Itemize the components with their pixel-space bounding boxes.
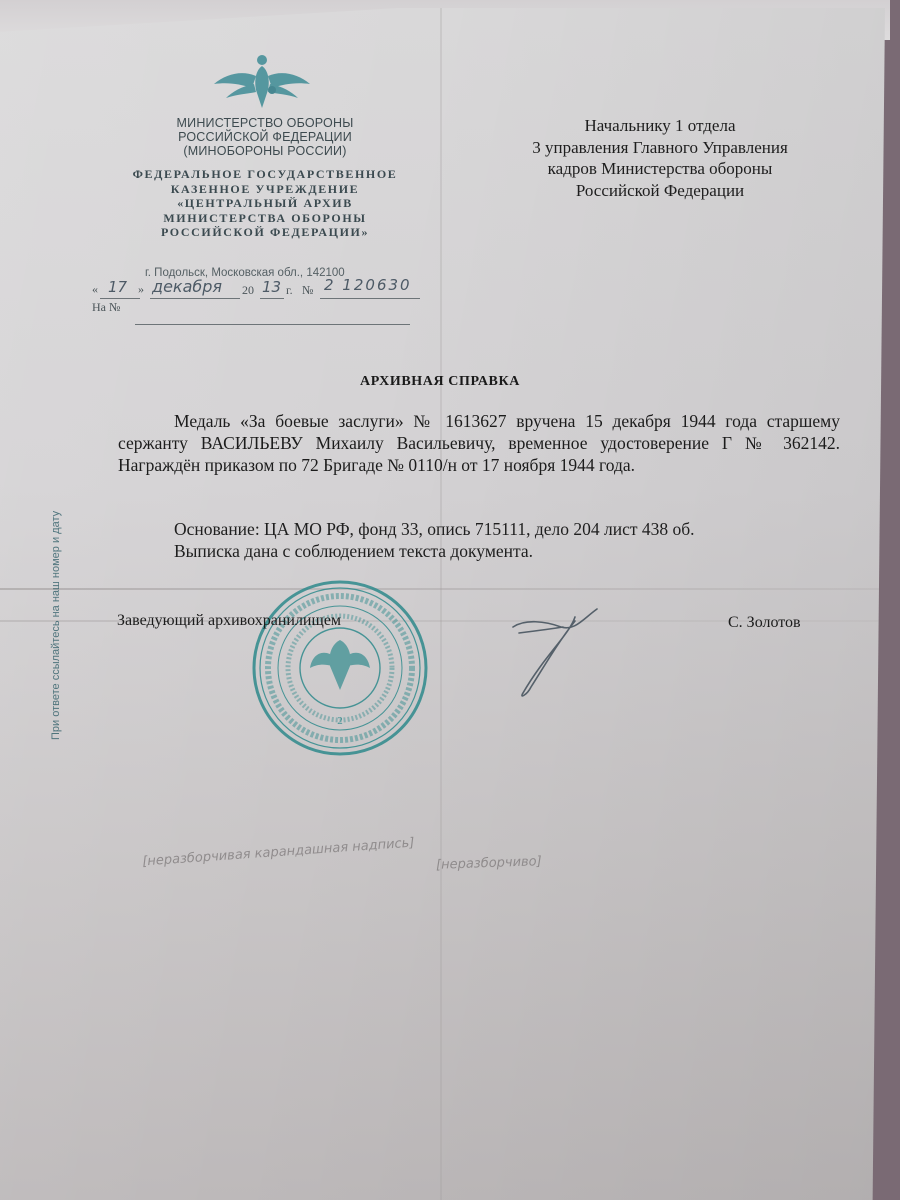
reference-underline bbox=[135, 324, 410, 325]
double-headed-eagle-emblem-icon bbox=[212, 52, 312, 116]
addressee-line: Начальнику 1 отдела bbox=[490, 115, 830, 137]
margin-note: При ответе ссылайтесь на наш номер и дат… bbox=[50, 511, 62, 740]
document-title: АРХИВНАЯ СПРАВКА bbox=[360, 374, 520, 390]
addressee-line: кадров Министерства обороны bbox=[490, 158, 830, 180]
institution-line: РОССИЙСКОЙ ФЕДЕРАЦИИ» bbox=[110, 225, 420, 240]
date-month: декабря bbox=[152, 277, 222, 296]
certificate-paragraph: Медаль «За боевые заслуги» № 1613627 вру… bbox=[118, 410, 840, 476]
handwritten-signature-icon bbox=[505, 605, 605, 700]
outgoing-number: 2 120630 bbox=[324, 276, 412, 294]
addressee-line: 3 управления Главного Управления bbox=[490, 137, 830, 159]
signatory-position: Заведующий архивохранилищем bbox=[117, 612, 341, 630]
addressee-line: Российской Федерации bbox=[490, 180, 830, 202]
document-date-line: « 17 » декабря 20 13 г. № 2 120630 bbox=[92, 280, 432, 302]
reference-label: На № bbox=[92, 300, 120, 314]
date-year-suffix: 13 bbox=[262, 278, 281, 296]
ministry-header: МИНИСТЕРСТВО ОБОРОНЫ РОССИЙСКОЙ ФЕДЕРАЦИ… bbox=[130, 116, 400, 158]
date-year-prefix: 20 bbox=[242, 283, 254, 298]
institution-line: КАЗЕННОЕ УЧРЕЖДЕНИЕ bbox=[110, 182, 420, 197]
date-day: 17 bbox=[108, 278, 127, 296]
round-official-seal-icon: 2 bbox=[250, 578, 430, 758]
fold-line bbox=[0, 588, 885, 590]
date-close-quote: » bbox=[138, 282, 144, 297]
institution-line: МИНИСТЕРСТВА ОБОРОНЫ bbox=[110, 211, 420, 226]
certificate-body: Медаль «За боевые заслуги» № 1613627 вру… bbox=[118, 410, 840, 476]
institution-line: «ЦЕНТРАЛЬНЫЙ АРХИВ bbox=[110, 196, 420, 211]
fold-line bbox=[440, 8, 442, 1200]
institution-header: ФЕДЕРАЛЬНОЕ ГОСУДАРСТВЕННОЕ КАЗЕННОЕ УЧР… bbox=[110, 167, 420, 240]
date-year-label: г. bbox=[286, 283, 293, 298]
reference-line: На № bbox=[92, 300, 120, 315]
ministry-line: (МИНОБОРОНЫ РОССИИ) bbox=[130, 144, 400, 158]
ministry-line: РОССИЙСКОЙ ФЕДЕРАЦИИ bbox=[130, 130, 400, 144]
date-open-quote: « bbox=[92, 282, 98, 297]
basis-line: Основание: ЦА МО РФ, фонд 33, опись 7151… bbox=[174, 518, 854, 540]
stamp-center-number: 2 bbox=[337, 715, 343, 727]
institution-line: ФЕДЕРАЛЬНОЕ ГОСУДАРСТВЕННОЕ bbox=[110, 167, 420, 182]
ministry-line: МИНИСТЕРСТВО ОБОРОНЫ bbox=[130, 116, 400, 130]
addressee-block: Начальнику 1 отдела 3 управления Главног… bbox=[490, 115, 830, 201]
number-label: № bbox=[302, 283, 313, 298]
signatory-name: С. Золотов bbox=[728, 614, 801, 632]
extract-note: Выписка дана с соблюдением текста докуме… bbox=[174, 540, 854, 562]
